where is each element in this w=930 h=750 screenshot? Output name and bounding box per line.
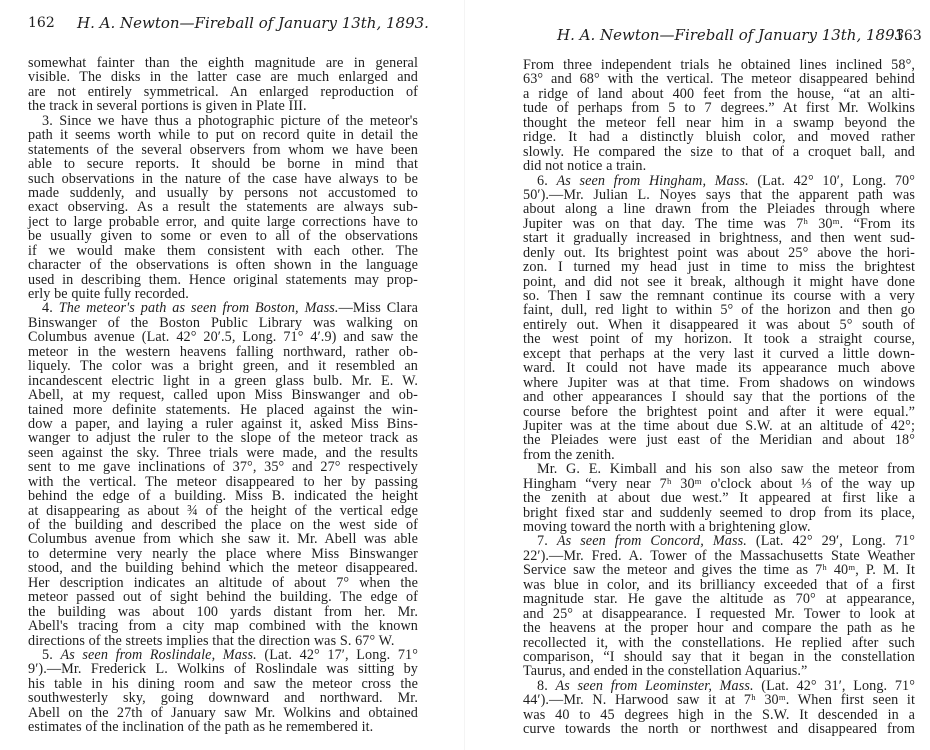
text-line: 7. As seen from Concord, Mass. (Lat. 42°…: [523, 534, 915, 548]
text-line: 6. As seen from Hingham, Mass. (Lat. 42°…: [523, 174, 915, 188]
text-line: ject to large probable error, and quite …: [28, 215, 418, 229]
text-line: about along a line drawn from the Pleiad…: [523, 202, 915, 216]
text-line: tained more definite statements. He plac…: [28, 403, 418, 417]
text-line: was blue in color, and its brilliancy ex…: [523, 578, 915, 592]
page-number: 162: [28, 15, 55, 31]
text-line: 9′).—Mr. Frederick L. Wolkins of Roslind…: [28, 662, 418, 676]
text-line: 22′).—Mr. Fred. A. Tower of the Massachu…: [523, 549, 915, 563]
text-line: wanger to adjust the ruler to the slope …: [28, 431, 418, 445]
text-line: curve towards the north or northwest and…: [523, 722, 915, 736]
text-line: Binswanger of the Boston Public Library …: [28, 316, 418, 330]
running-head: H. A. Newton—Fireball of January 13th, 1…: [557, 26, 909, 44]
text-line: ridge. It had a distinctly bluish color,…: [523, 130, 915, 144]
text-line: used in describing them. Hence original …: [28, 273, 418, 287]
text-line: estimates of the inclination of the path…: [28, 720, 418, 734]
text-line: seen against the sky. Three trials were …: [28, 446, 418, 460]
text-line: such observations in the nature of the c…: [28, 172, 418, 186]
text-line: Abell's tracing from a city map combined…: [28, 619, 418, 633]
text-line: did not notice a train.: [523, 159, 915, 173]
text-line: Her description indicates an altitude of…: [28, 576, 418, 590]
text-line: the heavens at the proper hour and compa…: [523, 621, 915, 635]
text-line: sent to me gave inclinations of 37°, 35°…: [28, 460, 418, 474]
text-line: statements of the several observers from…: [28, 143, 418, 157]
text-line: southwesterly sky, going downward and no…: [28, 691, 418, 705]
text-line: the Pleiades were just east of the Merid…: [523, 433, 915, 447]
text-line: if we would make them consistent with ea…: [28, 244, 418, 258]
text-line: recollected it, with the constellations.…: [523, 636, 915, 650]
text-line: 8. As seen from Leominster, Mass. (Lat. …: [523, 679, 915, 693]
text-line: moving toward the north with a brighteni…: [523, 520, 915, 534]
text-line: 44′).—Mr. N. Harwood saw it at 7ʰ 30ᵐ. W…: [523, 693, 915, 707]
page-number: 163: [895, 28, 922, 44]
text-line: with the vertical. The meteor disappeare…: [28, 475, 418, 489]
text-line: directions of the streets implies that t…: [28, 634, 418, 648]
text-line: was 40 to 45 degrees high in the S.W. It…: [523, 708, 915, 722]
text-line: the zenith at about due west.” It appear…: [523, 491, 915, 505]
text-line: meteor passed out of sight behind the bu…: [28, 590, 418, 604]
text-line: ward. It could not have made its appeara…: [523, 361, 915, 375]
text-line: magnitude star. He gave the altitude as …: [523, 592, 915, 606]
text-line: behind the edge of a building. Miss B. i…: [28, 489, 418, 503]
text-line: of the building and described the place …: [28, 518, 418, 532]
text-line: Columbus avenue from which she saw it. M…: [28, 532, 418, 546]
text-line: From three independent trials he obtaine…: [523, 58, 915, 72]
text-line: be usually given to some or even to all …: [28, 229, 418, 243]
text-line: the track in several portions is given i…: [28, 99, 418, 113]
text-line: Jupiter was at the time about due S.W. a…: [523, 419, 915, 433]
text-line: are not entirely symmetrical. An enlarge…: [28, 85, 418, 99]
text-line: Abell, at my request, called upon Miss B…: [28, 388, 418, 402]
text-line: and other appearances I should say that …: [523, 390, 915, 404]
text-line: somewhat fainter than the eighth magnitu…: [28, 56, 418, 70]
text-line: stood, and the building behind which the…: [28, 561, 418, 575]
text-line: path it seems worth while to put on reco…: [28, 128, 418, 142]
text-line: comparison, “I should say that it began …: [523, 650, 915, 664]
text-line: zon. I turned my head just in time to mi…: [523, 260, 915, 274]
text-line: course before the brightest point and af…: [523, 405, 915, 419]
text-line: where Jupiter was at that time. From sha…: [523, 376, 915, 390]
text-line: made suddenly, and usually by persons no…: [28, 186, 418, 200]
text-line: the west point of my horizon. It took a …: [523, 332, 915, 346]
body-text: From three independent trials he obtaine…: [523, 58, 915, 737]
text-line: 3. Since we have thus a photographic pic…: [28, 114, 418, 128]
text-line: so. Then I saw the remnant continue its …: [523, 289, 915, 303]
text-line: faint, dull, red light to within 5° of t…: [523, 303, 915, 317]
text-line: erly be quite fully recorded.: [28, 287, 418, 301]
text-line: except that perhaps at the very last it …: [523, 347, 915, 361]
text-line: Jupiter was on that day. The time was 7ʰ…: [523, 217, 915, 231]
text-line: slowly. He compared the size to that of …: [523, 145, 915, 159]
text-line: at disappearing as about ¾ of the height…: [28, 504, 418, 518]
text-line: to determine very nearly the place where…: [28, 547, 418, 561]
text-line: meteor in the western heavens falling no…: [28, 345, 418, 359]
text-line: character of the observations is often s…: [28, 258, 418, 272]
text-line: from the zenith.: [523, 448, 915, 462]
text-line: bright fixed star and suddenly seemed to…: [523, 506, 915, 520]
text-line: 4. The meteor's path as seen from Boston…: [28, 301, 418, 315]
text-line: a ridge of land about 400 feet from the …: [523, 87, 915, 101]
text-line: the building was about 100 yards distant…: [28, 605, 418, 619]
body-text: somewhat fainter than the eighth magnitu…: [28, 56, 418, 735]
text-line: visible. The disks in the latter case ar…: [28, 70, 418, 84]
text-line: his table in his dining room and saw the…: [28, 677, 418, 691]
text-line: denly out. Its brightest point was about…: [523, 246, 915, 260]
text-line: Hingham “very near 7ʰ 30ᵐ o'clock about …: [523, 477, 915, 491]
text-line: start it gradually increased in brightne…: [523, 231, 915, 245]
right-page: H. A. Newton—Fireball of January 13th, 1…: [465, 0, 930, 750]
text-line: tude of perhaps from 5 to 7 degrees.” At…: [523, 101, 915, 115]
running-head: H. A. Newton—Fireball of January 13th, 1…: [77, 14, 429, 32]
text-line: and 25° at disappearance. I requested Mr…: [523, 607, 915, 621]
text-line: Mr. G. E. Kimball and his son also saw t…: [523, 462, 915, 476]
left-page: 162 H. A. Newton—Fireball of January 13t…: [0, 0, 465, 750]
text-line: exact observing. As a result the stateme…: [28, 200, 418, 214]
text-line: Abell on the 27th of January saw Mr. Wol…: [28, 706, 418, 720]
text-line: liquely. The color was a bright green, a…: [28, 359, 418, 373]
text-line: point, and did not see it break, althoug…: [523, 275, 915, 289]
text-line: dow a paper, and laying a ruler against …: [28, 417, 418, 431]
text-line: Taurus, and ended in the constellation A…: [523, 664, 915, 678]
text-line: Columbus avenue (Lat. 42° 20′.5, Long. 7…: [28, 330, 418, 344]
text-line: 63° and 68° with the vertical. The meteo…: [523, 72, 915, 86]
text-line: incandescent electric light in a green g…: [28, 374, 418, 388]
text-line: entirely out. When it disappeared it was…: [523, 318, 915, 332]
text-line: 50′).—Mr. Julian L. Noyes says that the …: [523, 188, 915, 202]
text-line: thought the meteor fell near him in a sw…: [523, 116, 915, 130]
text-line: 5. As seen from Roslindale, Mass. (Lat. …: [28, 648, 418, 662]
text-line: Service saw the meteor and gives the tim…: [523, 563, 915, 577]
text-line: able to secure reports. It should be bor…: [28, 157, 418, 171]
